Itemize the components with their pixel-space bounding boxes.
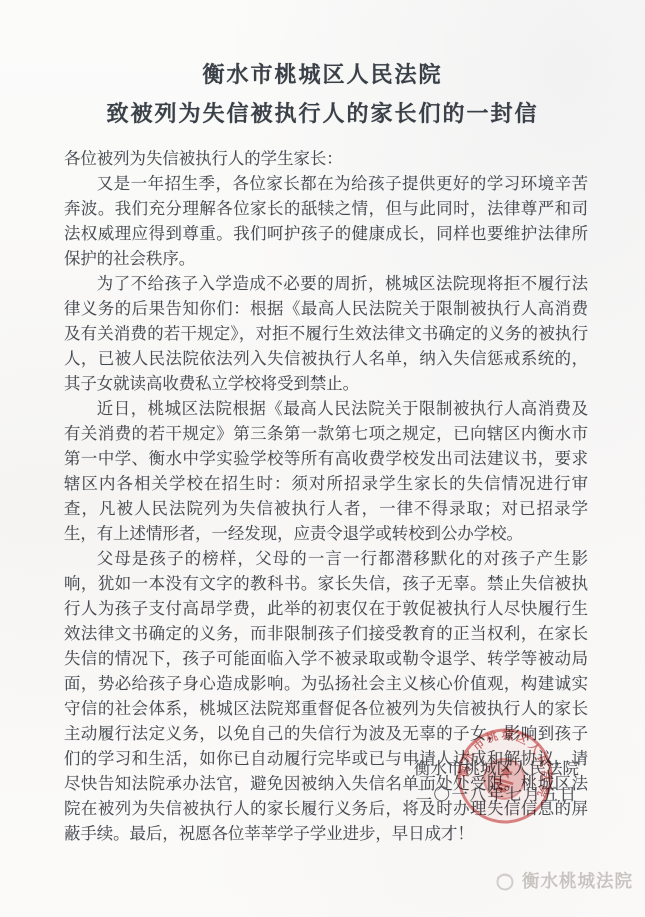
letter-title: 致被列为失信被执行人的家长们的一封信 [0, 97, 645, 128]
paragraph-2: 为了不给孩子入学造成不必要的周折，桃城区法院现将拒不履行法律义务的后果告知你们：… [64, 272, 588, 397]
paragraph-1: 又是一年招生季，各位家长都在为给孩子提供更好的学习环境辛苦奔波。我们充分理解各位… [64, 172, 588, 272]
letter-body: 各位被列为失信被执行人的学生家长： 又是一年招生季，各位家长都在为给孩子提供更好… [64, 147, 588, 847]
paragraph-3: 近日，桃城区法院根据《最高人民法院关于限制被执行人高消费及有关消费的若干规定》第… [64, 397, 588, 547]
scanned-letter-page: 衡水市桃城区人民法院 致被列为失信被执行人的家长们的一封信 各位被列为失信被执行… [0, 0, 645, 917]
footer-watermark: 衡水桃城法院 [494, 868, 633, 893]
signature-court-name: 衡水市桃城区人民法院 [414, 756, 579, 782]
signature-block: 衡水市桃城区人民法院 二〇一八年七月五日 [414, 756, 579, 808]
salutation: 各位被列为失信被执行人的学生家长： [64, 147, 588, 172]
signature-date: 二〇一八年七月五日 [414, 782, 579, 808]
court-logo-icon [494, 870, 516, 892]
court-name-title: 衡水市桃城区人民法院 [0, 58, 645, 89]
watermark-text: 衡水桃城法院 [522, 868, 633, 893]
